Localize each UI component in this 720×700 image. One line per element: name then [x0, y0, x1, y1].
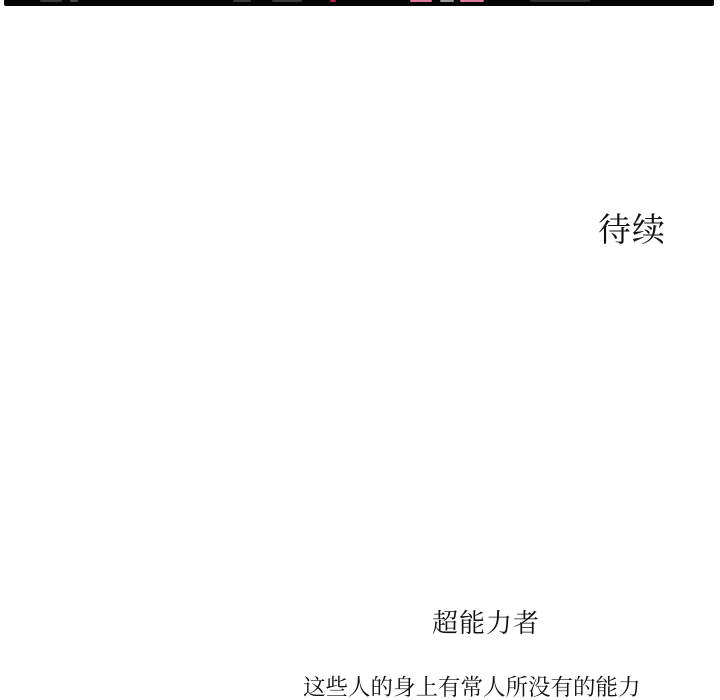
previous-panel-edge	[4, 0, 714, 6]
panel-artwork-fragment	[530, 0, 590, 2]
panel-artwork-fragment	[40, 0, 62, 2]
panel-artwork-fragment	[272, 0, 302, 2]
series-title: 超能力者	[432, 607, 540, 641]
panel-artwork-fragment	[233, 0, 251, 2]
panel-artwork-fragment	[440, 0, 454, 2]
series-description: 这些人的身上有常人所没有的能力	[303, 673, 641, 700]
to-be-continued-text: 待续	[598, 210, 666, 250]
panel-artwork-fragment	[410, 0, 432, 2]
panel-artwork-fragment	[330, 0, 336, 2]
panel-artwork-fragment	[70, 0, 78, 2]
panel-artwork-fragment	[460, 0, 484, 2]
